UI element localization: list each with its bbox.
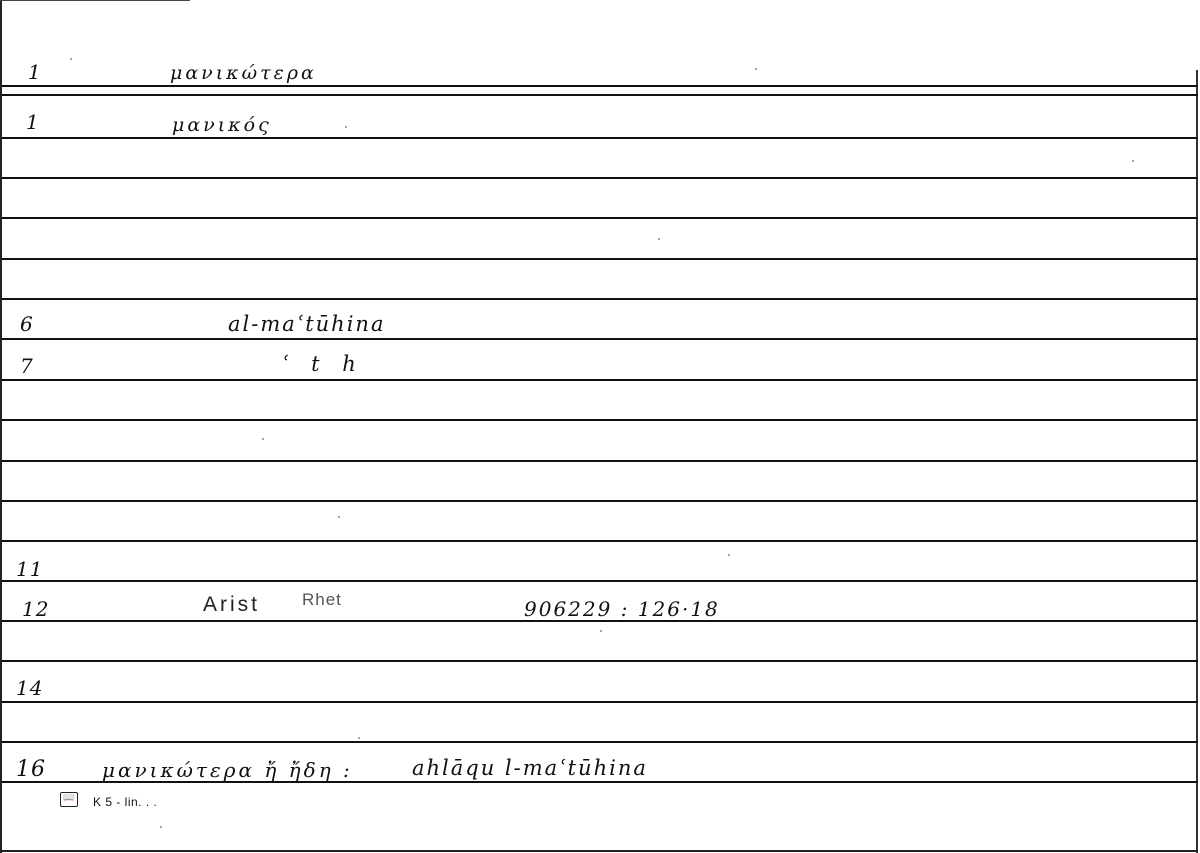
- line-number: 1: [28, 60, 42, 84]
- scan-speck: [70, 58, 72, 60]
- ruled-line: [2, 298, 1198, 300]
- line-number: 6: [20, 312, 34, 336]
- index-card: 1 μανικώτερα 1 μανικός 6 al-maʿtūhina 7 …: [0, 0, 1200, 853]
- ruled-line: [2, 94, 1198, 96]
- card-edge-top: [0, 0, 190, 1]
- scan-speck: [755, 68, 757, 70]
- ruled-line: [2, 217, 1198, 219]
- line-number: 7: [20, 354, 34, 378]
- arabic-context-transliteration: ahlāqu l-maʿtūhina: [412, 756, 648, 780]
- scan-speck: [1132, 160, 1134, 162]
- scan-speck: [160, 826, 162, 828]
- ruled-line: [2, 500, 1198, 502]
- source-author: Arist: [203, 593, 260, 617]
- card-form-label: K 5 - lin. . .: [93, 795, 157, 809]
- ruled-line: [2, 460, 1198, 462]
- greek-context: μανικώτερα ἤ ἤδη :: [102, 758, 353, 782]
- scan-speck: [358, 737, 360, 739]
- greek-base-form: μανικός: [172, 114, 272, 136]
- ruled-line: [2, 419, 1198, 421]
- ruled-line: [2, 580, 1198, 582]
- ruled-line: [2, 379, 1198, 381]
- ruled-line: [2, 701, 1198, 703]
- source-reference: 906229 : 126·18: [524, 597, 720, 621]
- source-work: Rhet: [302, 590, 342, 610]
- ruled-line: [2, 258, 1198, 260]
- arabic-root-letters: ʿ t h: [282, 352, 364, 376]
- ruled-line: [2, 85, 1198, 87]
- line-number: 12: [22, 597, 49, 621]
- line-number: 16: [16, 757, 46, 782]
- greek-lemma: μανικώτερα: [170, 62, 317, 84]
- scan-speck: [262, 438, 264, 440]
- ruled-line: [2, 540, 1198, 542]
- arabic-transliteration: al-maʿtūhina: [228, 312, 385, 336]
- book-logo-icon: 📖: [60, 792, 78, 807]
- scan-speck: [600, 630, 602, 632]
- scan-speck: [345, 126, 347, 128]
- ruled-line: [2, 137, 1198, 139]
- ruled-line: [2, 741, 1198, 743]
- card-edge-bottom: [0, 850, 1198, 852]
- ruled-line: [2, 660, 1198, 662]
- ruled-line: [2, 338, 1198, 340]
- scan-speck: [728, 554, 730, 556]
- line-number: 14: [16, 676, 43, 700]
- scan-speck: [338, 516, 340, 518]
- line-number: 1: [26, 110, 40, 134]
- scan-speck: [658, 238, 660, 240]
- ruled-line: [2, 177, 1198, 179]
- card-edge-left: [0, 0, 2, 853]
- line-number: 11: [16, 557, 43, 581]
